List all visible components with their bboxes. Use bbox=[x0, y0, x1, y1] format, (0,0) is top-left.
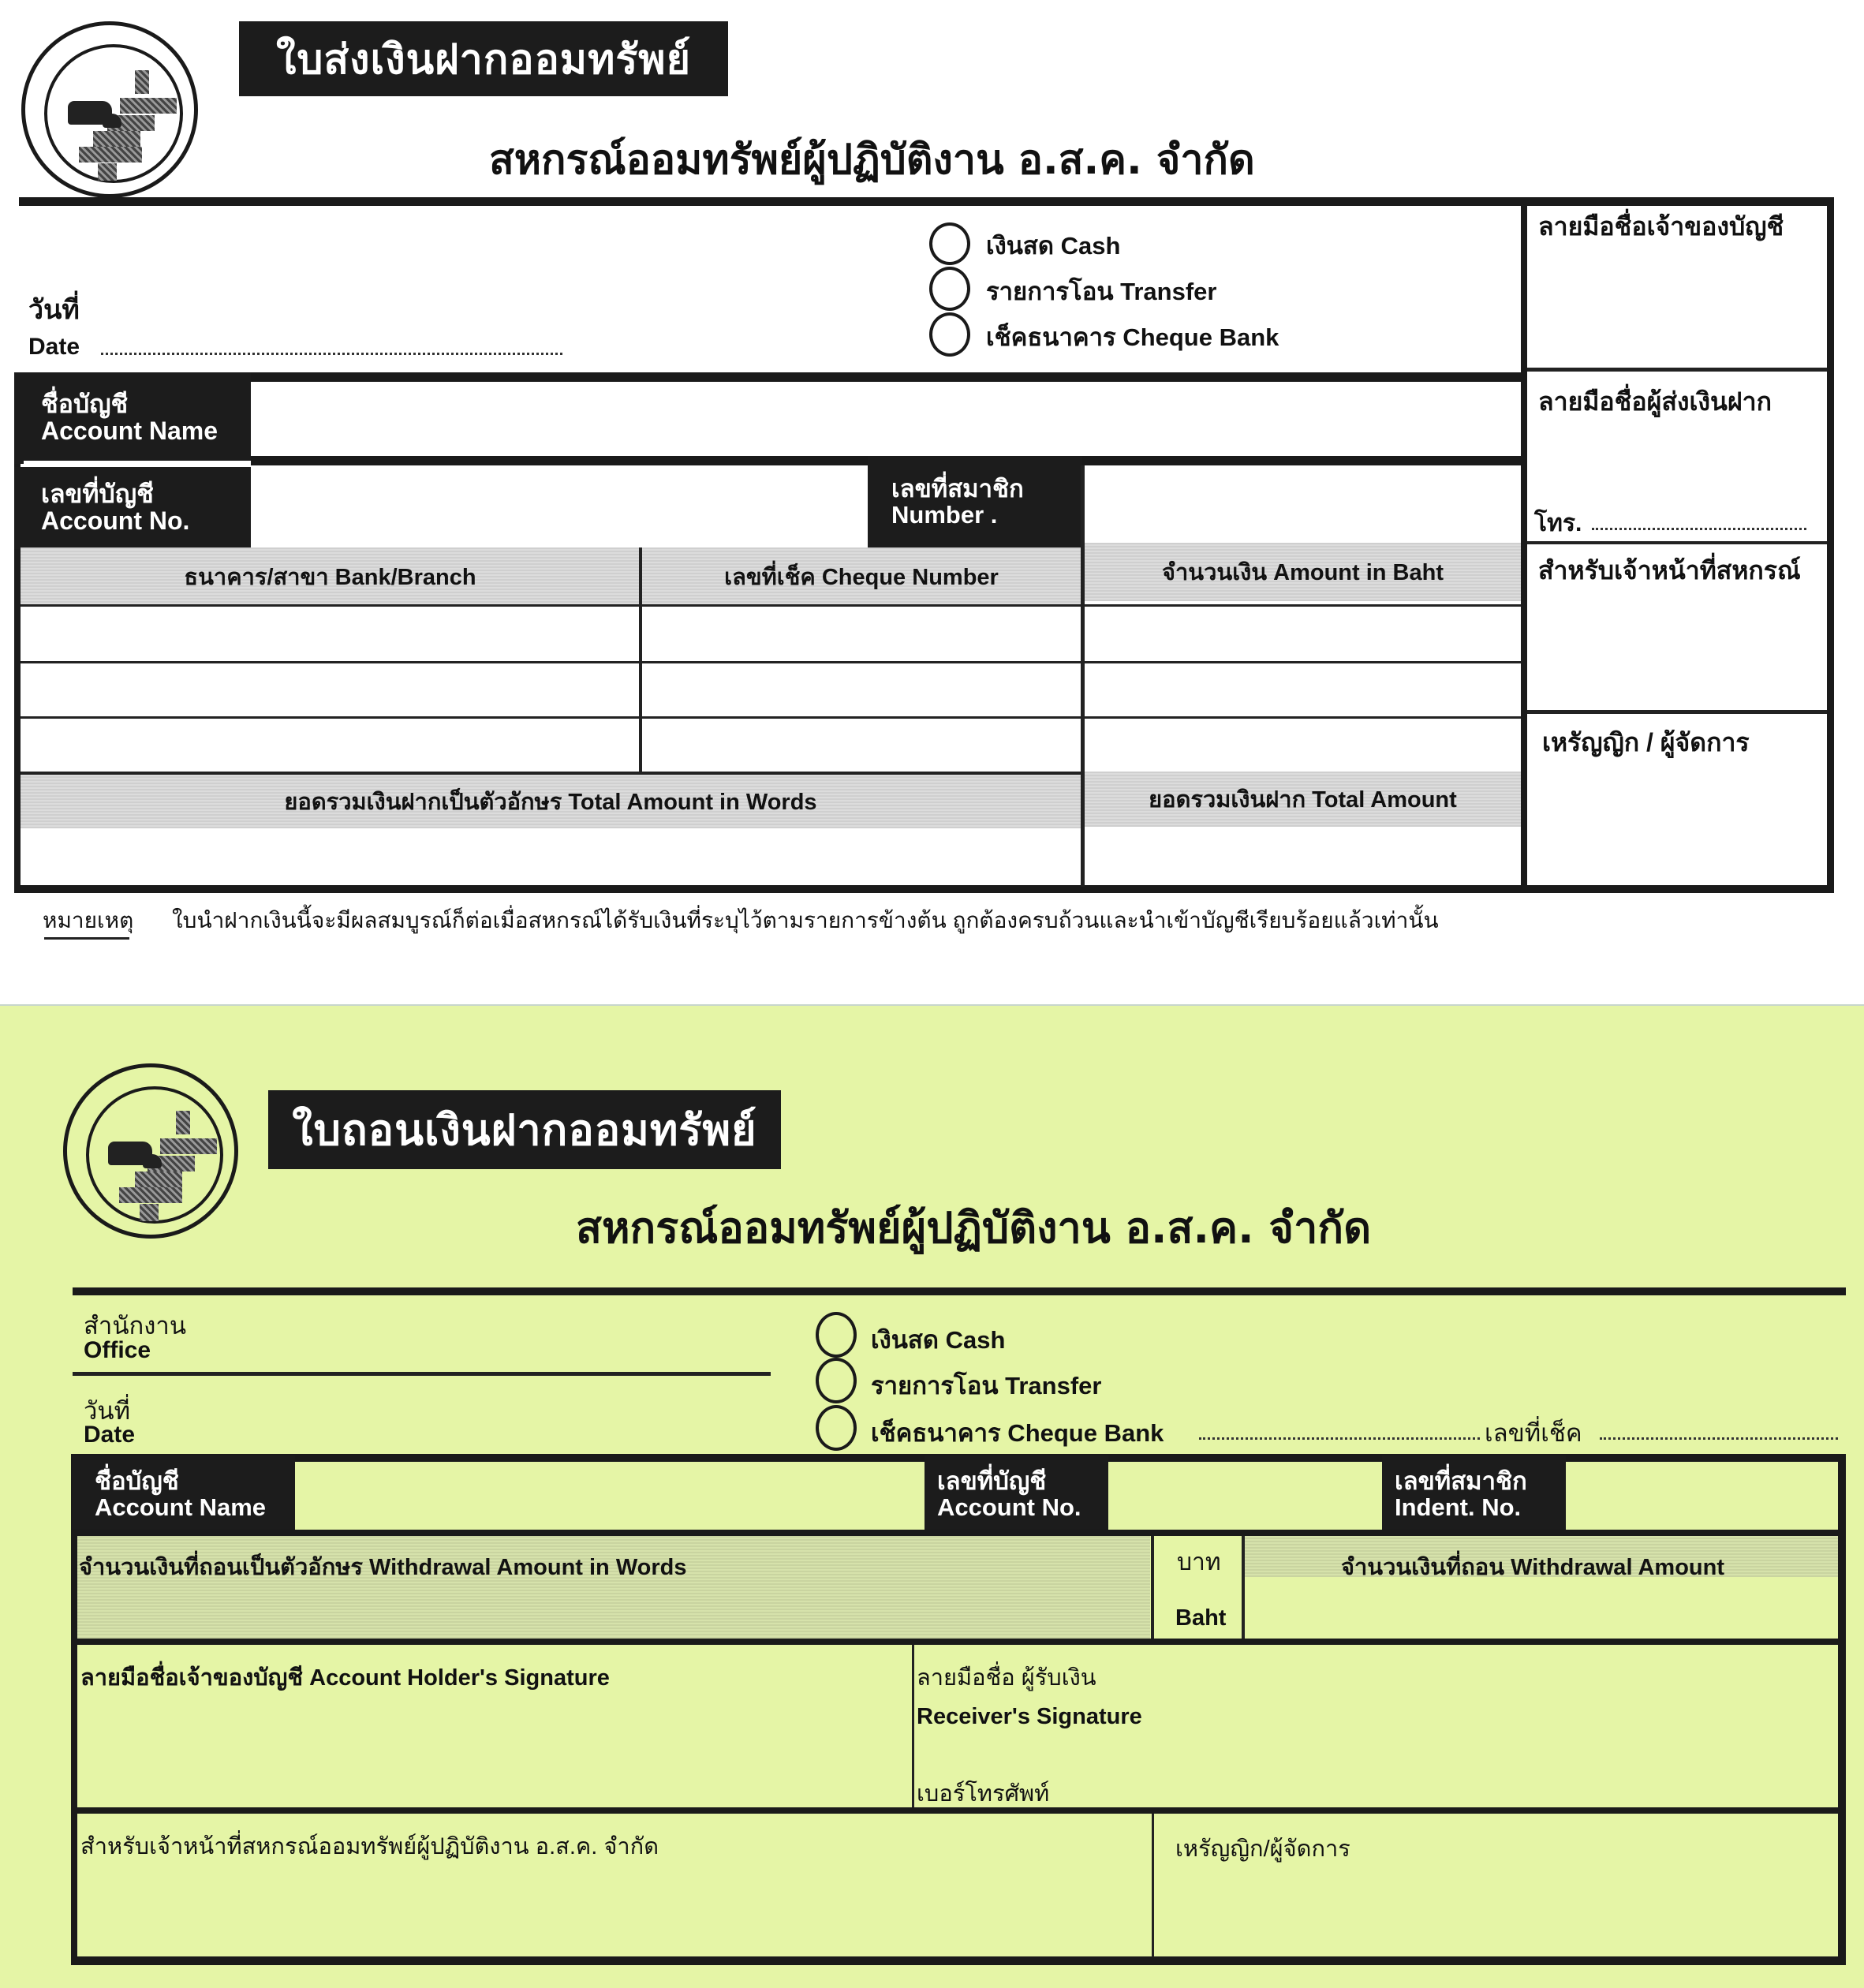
owner-signature-field[interactable] bbox=[1527, 245, 1827, 367]
cooperative-logo-icon bbox=[63, 1063, 238, 1239]
divider bbox=[912, 1645, 914, 1809]
withdrawal-slip: ใบถอนเงินฝากออมทรัพย์ สหกรณ์ออมทรัพย์ผู้… bbox=[0, 1006, 1864, 1988]
receiver-signature-label-en: Receiver's Signature bbox=[917, 1704, 1142, 1730]
member-no-label: เลขที่สมาชิก Indent. No. bbox=[1382, 1455, 1566, 1534]
phone-field[interactable] bbox=[1592, 513, 1806, 530]
cheque-bank-radio[interactable] bbox=[929, 312, 970, 357]
deposit-slip: ใบส่งเงินฝากออมทรัพย์ สหกรณ์ออมทรัพย์ผู้… bbox=[0, 0, 1864, 1004]
label-gap bbox=[24, 461, 251, 467]
account-no-label-en: Account No. bbox=[41, 508, 251, 535]
transfer-radio[interactable] bbox=[929, 267, 970, 311]
divider bbox=[1521, 197, 1527, 893]
note-underline bbox=[44, 937, 129, 940]
divider bbox=[1527, 368, 1827, 372]
divider bbox=[1527, 710, 1827, 714]
transfer-label: รายการโอน Transfer bbox=[871, 1366, 1101, 1405]
officer-field[interactable] bbox=[77, 1866, 1152, 1954]
account-no-label: เลขที่บัญชี Account No. bbox=[14, 467, 251, 549]
cash-label: เงินสด Cash bbox=[871, 1320, 1005, 1359]
office-field[interactable] bbox=[181, 1321, 765, 1361]
deposit-organization-name: สหกรณ์ออมทรัพย์ผู้ปฏิบัติงาน อ.ส.ค. จำกั… bbox=[489, 126, 1255, 192]
holder-signature-field[interactable] bbox=[77, 1692, 912, 1803]
treasurer-label: เหรัญญิก / ผู้จัดการ bbox=[1542, 723, 1750, 763]
baht-label-en: Baht bbox=[1175, 1605, 1226, 1631]
withdrawal-title: ใบถอนเงินฝากออมทรัพย์ bbox=[268, 1090, 781, 1169]
divider bbox=[71, 1956, 1846, 1965]
table-row[interactable] bbox=[21, 663, 1521, 716]
withdrawal-organization-name: สหกรณ์ออมทรัพย์ผู้ปฏิบัติงาน อ.ส.ค. จำกั… bbox=[576, 1194, 1371, 1261]
member-no-label-th: เลขที่สมาชิก bbox=[1395, 1469, 1566, 1495]
date-field[interactable] bbox=[101, 331, 562, 355]
holder-signature-label: ลายมือชื่อเจ้าของบัญชี Account Holder's … bbox=[80, 1659, 610, 1695]
account-name-label-en: Account Name bbox=[41, 418, 251, 445]
cash-radio[interactable] bbox=[816, 1312, 857, 1358]
treasurer-label: เหรัญญิก/ผู้จัดการ bbox=[1175, 1830, 1350, 1867]
baht-label-th: บาท bbox=[1177, 1544, 1221, 1581]
member-no-field[interactable] bbox=[1566, 1466, 1838, 1530]
divider bbox=[73, 1372, 771, 1376]
date-label-en: Date bbox=[84, 1422, 135, 1448]
account-no-label-en: Account No. bbox=[937, 1495, 1108, 1521]
receiver-signature-field[interactable] bbox=[915, 1739, 1838, 1787]
date-label-en: Date bbox=[28, 334, 80, 361]
table-row[interactable] bbox=[21, 607, 1521, 661]
deposit-title-text: ใบส่งเงินฝากออมทรัพย์ bbox=[276, 26, 691, 92]
transfer-radio[interactable] bbox=[816, 1358, 857, 1403]
table-row[interactable] bbox=[21, 719, 1521, 772]
depositor-signature-label: ลายมือชื่อผู้ส่งเงินฝาก bbox=[1538, 382, 1772, 422]
divider bbox=[1152, 1814, 1154, 1957]
cheque-bank-field[interactable] bbox=[1199, 1424, 1480, 1440]
account-name-label-th: ชื่อบัญชี bbox=[95, 1469, 295, 1495]
account-name-label: ชื่อบัญชี Account Name bbox=[73, 1455, 295, 1534]
cash-radio[interactable] bbox=[929, 222, 970, 265]
cheque-bank-radio[interactable] bbox=[816, 1405, 857, 1451]
account-no-field[interactable] bbox=[251, 465, 868, 546]
cheque-bank-label: เช็คธนาคาร Cheque Bank bbox=[986, 317, 1279, 357]
depositor-signature-field[interactable] bbox=[1527, 418, 1827, 497]
account-name-label: ชื่อบัญชี Account Name bbox=[14, 372, 251, 464]
total-amount-header: ยอดรวมเงินฝาก Total Amount bbox=[1085, 772, 1521, 827]
account-no-label-th: เลขที่บัญชี bbox=[937, 1469, 1108, 1495]
receiver-phone-label: เบอร์โทรศัพท์ bbox=[917, 1775, 1049, 1811]
divider bbox=[73, 1639, 1846, 1645]
note-text: ใบนำฝากเงินนี้จะมีผลสมบูรณ์ก็ต่อเมื่อสหก… bbox=[172, 903, 1439, 938]
account-no-label-th: เลขที่บัญชี bbox=[41, 481, 251, 508]
date-label-th: วันที่ bbox=[28, 288, 80, 331]
divider bbox=[19, 197, 1833, 206]
amount-words-label: จำนวนเงินที่ถอนเป็นตัวอักษร Withdrawal A… bbox=[79, 1549, 687, 1585]
member-no-label-en: Indent. No. bbox=[1395, 1495, 1566, 1521]
total-words-header: ยอดรวมเงินฝากเป็นตัวอักษร Total Amount i… bbox=[21, 775, 1081, 828]
transfer-label: รายการโอน Transfer bbox=[986, 271, 1216, 311]
office-label-en: Office bbox=[84, 1337, 151, 1364]
owner-signature-label: ลายมือชื่อเจ้าของบัญชี bbox=[1538, 207, 1784, 247]
cheque-no-label: เลขที่เช็ค bbox=[1485, 1413, 1582, 1452]
account-name-label-en: Account Name bbox=[95, 1495, 295, 1521]
treasurer-field[interactable] bbox=[1155, 1866, 1838, 1954]
member-no-label: เลขที่สมาชิก Number . bbox=[868, 456, 1082, 549]
member-no-label-en: Number . bbox=[891, 503, 1082, 529]
note-label: หมายเหตุ bbox=[43, 903, 133, 938]
receiver-signature-label-th: ลายมือชื่อ ผู้รับเงิน bbox=[917, 1659, 1096, 1695]
account-name-field[interactable] bbox=[251, 382, 1521, 456]
account-name-label-th: ชื่อบัญชี bbox=[41, 391, 251, 418]
divider bbox=[14, 885, 1834, 893]
member-no-field[interactable] bbox=[1082, 465, 1521, 544]
divider bbox=[73, 1807, 1846, 1814]
cooperative-logo-icon bbox=[21, 21, 198, 198]
cheque-bank-label: เช็คธนาคาร Cheque Bank bbox=[871, 1413, 1164, 1452]
withdrawal-title-text: ใบถอนเงินฝากออมทรัพย์ bbox=[292, 1096, 756, 1164]
amount-words-field[interactable] bbox=[87, 1582, 1144, 1634]
date-field[interactable] bbox=[181, 1400, 765, 1444]
bank-branch-header: ธนาคาร/สาขา Bank/Branch bbox=[21, 547, 640, 606]
account-no-label: เลขที่บัญชี Account No. bbox=[925, 1455, 1108, 1534]
divider bbox=[1827, 197, 1834, 893]
officer-label: สำหรับเจ้าหน้าที่สหกรณ์ bbox=[1538, 551, 1801, 591]
divider bbox=[73, 1530, 1846, 1536]
divider bbox=[1527, 541, 1827, 544]
total-amount-field[interactable] bbox=[1085, 827, 1521, 885]
divider bbox=[73, 1287, 1846, 1295]
divider bbox=[1151, 1536, 1154, 1640]
account-no-field[interactable] bbox=[1108, 1466, 1382, 1530]
phone-label: โทร. bbox=[1534, 505, 1582, 542]
account-name-field[interactable] bbox=[295, 1466, 925, 1530]
member-no-label-th: เลขที่สมาชิก bbox=[891, 476, 1082, 503]
total-words-field[interactable] bbox=[21, 828, 1081, 885]
amount-field[interactable] bbox=[1245, 1579, 1838, 1639]
deposit-title: ใบส่งเงินฝากออมทรัพย์ bbox=[239, 21, 728, 96]
cheque-number-header: เลขที่เช็ค Cheque Number bbox=[642, 547, 1081, 606]
cash-label: เงินสด Cash bbox=[986, 226, 1120, 265]
amount-header: จำนวนเงิน Amount in Baht bbox=[1085, 543, 1521, 601]
officer-label: สำหรับเจ้าหน้าที่สหกรณ์ออมทรัพย์ผู้ปฏิบั… bbox=[80, 1828, 659, 1864]
cheque-no-field[interactable] bbox=[1600, 1424, 1838, 1440]
